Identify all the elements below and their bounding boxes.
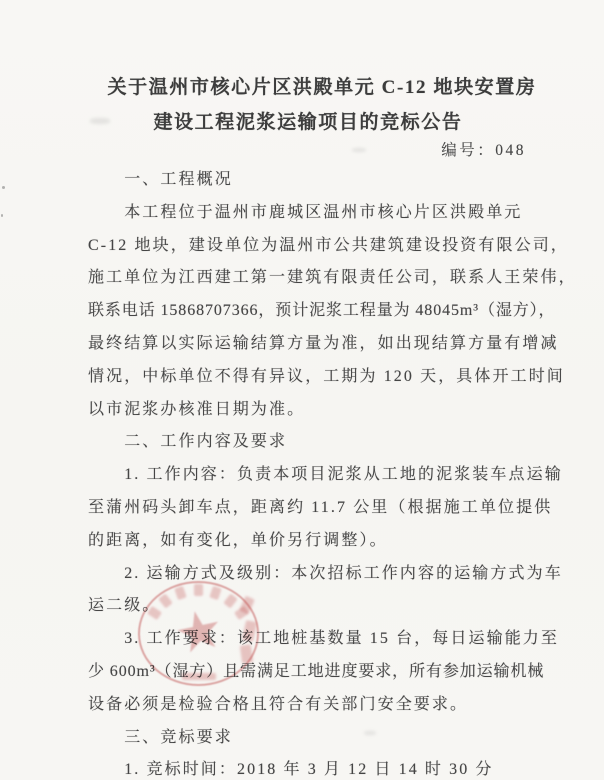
- body-line: 二、工作内容及要求: [88, 426, 540, 459]
- body-line: 1. 工作内容：负责本项目泥浆从工地的泥浆装车点运输: [88, 459, 540, 492]
- scanned-document-page: 关于温州市核心片区洪殿单元 C-12 地块安置房 建设工程泥浆运输项目的竞标公告…: [0, 0, 604, 780]
- body-line: 三、竞标要求: [88, 722, 540, 755]
- document-body: 一、工程概况 本工程位于温州市鹿城区温州市核心片区洪殿单元 C-12 地块，建设…: [88, 164, 540, 780]
- scan-smudge: [364, 731, 376, 735]
- body-line: 少 600m³（湿方）且需满足工地进度要求，所有参加运输机械: [88, 656, 540, 689]
- body-line: C-12 地块，建设单位为温州市公共建筑建设投资有限公司，: [88, 230, 540, 263]
- document-number: 编号：048: [88, 138, 526, 160]
- body-line: 2. 运输方式及级别：本次招标工作内容的运输方式为车: [88, 558, 540, 591]
- body-line: 联系电话 15868707366，预计泥浆工程量为 48045m³（湿方），: [88, 295, 540, 328]
- body-line: 以市泥浆办核准日期为准。: [88, 394, 540, 427]
- body-line: 设备必须是检验合格且符合有关部门安全要求。: [88, 689, 540, 722]
- scan-speck: [2, 186, 5, 189]
- body-line: 至蒲州码头卸车点，距离约 11.7 公里（根据施工单位提供: [88, 492, 540, 525]
- body-line: 运二级。: [88, 590, 540, 623]
- body-line: 3. 工作要求：该工地桩基数量 15 台，每日运输能力至: [88, 623, 540, 656]
- document-title-line-1: 关于温州市核心片区洪殿单元 C-12 地块安置房: [96, 72, 548, 99]
- document-title-line-2: 建设工程泥浆运输项目的竞标公告: [82, 107, 534, 134]
- body-line: 最终结算以实际运输结算方量为准，如出现结算方量有增减: [88, 328, 540, 361]
- body-line: 情况，中标单位不得有异议，工期为 120 天，具体开工时间: [88, 361, 540, 394]
- scan-smudge: [352, 148, 366, 152]
- body-line: 一、工程概况: [88, 164, 540, 197]
- scan-speck: [1, 214, 3, 217]
- body-line: 本工程位于温州市鹿城区温州市核心片区洪殿单元: [88, 197, 540, 230]
- scan-smudge: [90, 118, 110, 124]
- body-line: 1. 竞标时间：2018 年 3 月 12 日 14 时 30 分: [88, 754, 540, 780]
- body-line: 的距离，如有变化，单价另行调整）。: [88, 525, 540, 558]
- body-line: 施工单位为江西建工第一建筑有限责任公司，联系人王荣伟，: [88, 262, 540, 295]
